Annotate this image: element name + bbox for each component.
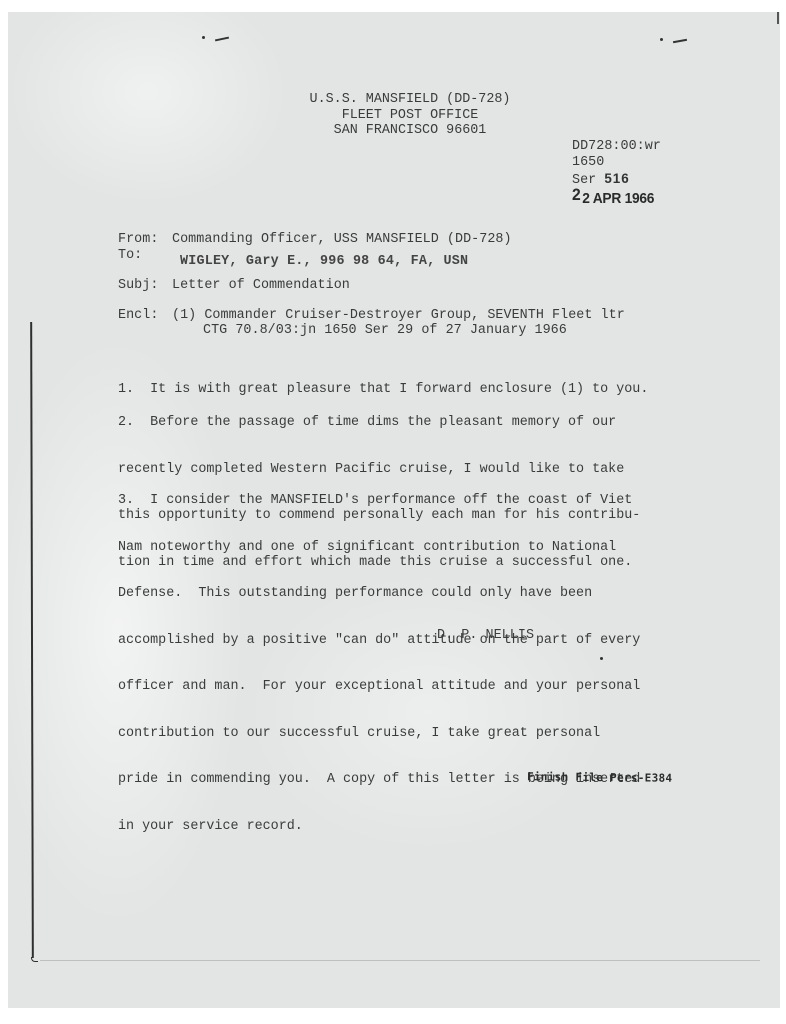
scan-speck [202,36,205,39]
date-stamp: 22 APR 1966 [572,188,654,208]
paragraph-line: contribution to our successful cruise, I… [118,726,640,742]
margin-line-foot [31,957,38,962]
to-label: To: [118,248,142,264]
scan-speck [660,38,663,41]
letterhead-post-office: FLEET POST OFFICE [260,108,560,124]
signature-name: D. P. NELLIS [437,628,534,644]
paragraph-line: officer and man. For your exceptional at… [118,679,640,695]
bottom-rule [40,960,760,961]
scan-edge-mark [777,12,779,24]
serial-value: 516 [604,171,629,186]
date-stamp-day-first: 2 [572,185,580,204]
subj-label: Subj: [118,278,158,294]
serial-line: Ser 516 [572,171,630,189]
subj-value: Letter of Commendation [172,278,350,294]
from-label: From: [118,232,158,248]
encl-line-1: (1) Commander Cruiser-Destroyer Group, S… [172,308,625,324]
from-value: Commanding Officer, USS MANSFIELD (DD-72… [172,232,512,248]
letterhead-ship: U.S.S. MANSFIELD (DD-728) [260,92,560,108]
paragraph-line: 3. I consider the MANSFIELD's performanc… [118,493,640,509]
to-value: WIGLEY, Gary E., 996 98 64, FA, USN [180,254,468,270]
filing-note: Finish File Pers-E384 [527,770,673,785]
paragraph-line: in your service record. [118,819,640,835]
paragraph-line: Defense. This outstanding performance co… [118,586,640,602]
file-code: DD728:00:wr [572,139,661,155]
paragraph-line: Nam noteworthy and one of significant co… [118,540,640,556]
file-number: 1650 [572,155,604,171]
paragraph-3: 3. I consider the MANSFIELD's performanc… [118,462,640,850]
letterhead-city: SAN FRANCISCO 96601 [260,123,560,139]
encl-line-2: CTG 70.8/03:jn 1650 Ser 29 of 27 January… [203,323,567,339]
paragraph-line: 2. Before the passage of time dims the p… [118,415,640,431]
encl-label: Encl: [118,308,158,324]
date-stamp-rest: 2 APR 1966 [582,190,654,207]
letterhead: U.S.S. MANSFIELD (DD-728) FLEET POST OFF… [260,92,560,139]
paragraph-line: accomplished by a positive "can do" atti… [118,633,640,649]
